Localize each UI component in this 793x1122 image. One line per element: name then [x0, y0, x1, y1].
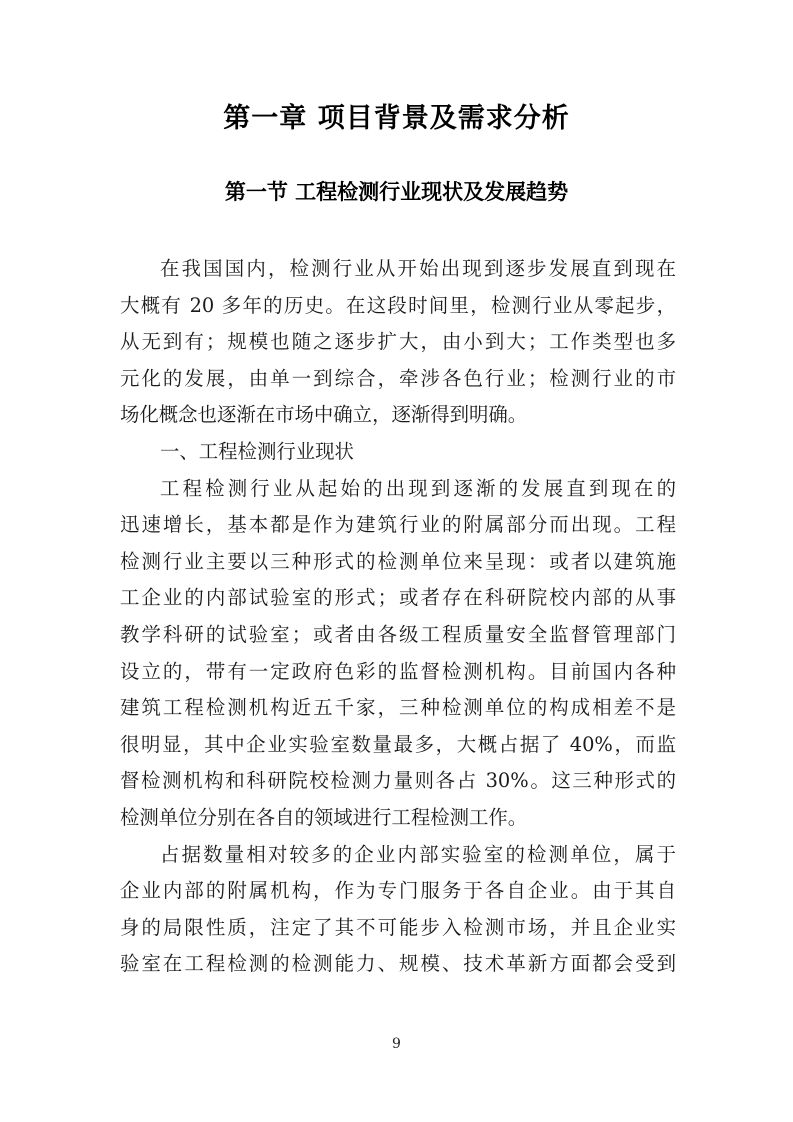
text-line: 教学科研的试验室；或者由各级工程质量安全监督管理部门 — [120, 617, 676, 654]
text-line: 身的局限性质，注定了其不可能步入检测市场，并且企业实 — [120, 910, 676, 947]
paragraph-industry-forms: 工程检测行业从起始的出现到逐渐的发展直到现在的 迅速增长，基本都是作为建筑行业的… — [120, 471, 676, 837]
text-line: 建筑工程检测机构近五千家，三种检测单位的构成相差不是 — [120, 690, 676, 727]
section-title: 第一节 工程检测行业现状及发展趋势 — [0, 176, 793, 206]
paragraph-enterprise-labs: 占据数量相对较多的企业内部实验室的检测单位，属于 企业内部的附属机构，作为专门服… — [120, 837, 676, 983]
text-line: 占据数量相对较多的企业内部实验室的检测单位，属于 — [120, 837, 676, 874]
paragraph-intro: 在我国国内，检测行业从开始出现到逐步发展直到现在 大概有 20 多年的历史。在这… — [120, 251, 676, 434]
text-line: 企业内部的附属机构，作为专门服务于各自企业。由于其自 — [120, 873, 676, 910]
text-line: 从无到有；规模也随之逐步扩大，由小到大；工作类型也多 — [120, 324, 676, 361]
subheading-industry-status: 一、工程检测行业现状 — [120, 434, 676, 471]
text-line: 工程检测行业从起始的出现到逐渐的发展直到现在的 — [120, 471, 676, 508]
subheading: 一、工程检测行业现状 — [120, 434, 676, 471]
text-line: 验室在工程检测的检测能力、规模、技术革新方面都会受到 — [120, 946, 676, 983]
text-line: 大概有 20 多年的历史。在这段时间里，检测行业从零起步， — [120, 288, 676, 325]
document-page: 第一章 项目背景及需求分析 第一节 工程检测行业现状及发展趋势 在我国国内，检测… — [0, 0, 793, 1122]
text-line: 设立的，带有一定政府色彩的监督检测机构。目前国内各种 — [120, 654, 676, 691]
text-line: 工企业的内部试验室的形式；或者存在科研院校内部的从事 — [120, 580, 676, 617]
text-line: 元化的发展，由单一到综合，牵涉各色行业；检测行业的市 — [120, 361, 676, 398]
text-line: 督检测机构和科研院校检测力量则各占 30%。这三种形式的 — [120, 763, 676, 800]
text-line: 在我国国内，检测行业从开始出现到逐步发展直到现在 — [120, 251, 676, 288]
text-line: 检测行业主要以三种形式的检测单位来呈现：或者以建筑施 — [120, 544, 676, 581]
body-text: 在我国国内，检测行业从开始出现到逐步发展直到现在 大概有 20 多年的历史。在这… — [120, 251, 676, 983]
text-line: 场化概念也逐渐在市场中确立，逐渐得到明确。 — [120, 397, 676, 434]
page-number: 9 — [0, 1036, 793, 1052]
chapter-title: 第一章 项目背景及需求分析 — [0, 96, 793, 135]
text-line: 迅速增长，基本都是作为建筑行业的附属部分而出现。工程 — [120, 507, 676, 544]
text-line: 很明显，其中企业实验室数量最多，大概占据了 40%，而监 — [120, 727, 676, 764]
text-line: 检测单位分别在各自的领域进行工程检测工作。 — [120, 800, 676, 837]
